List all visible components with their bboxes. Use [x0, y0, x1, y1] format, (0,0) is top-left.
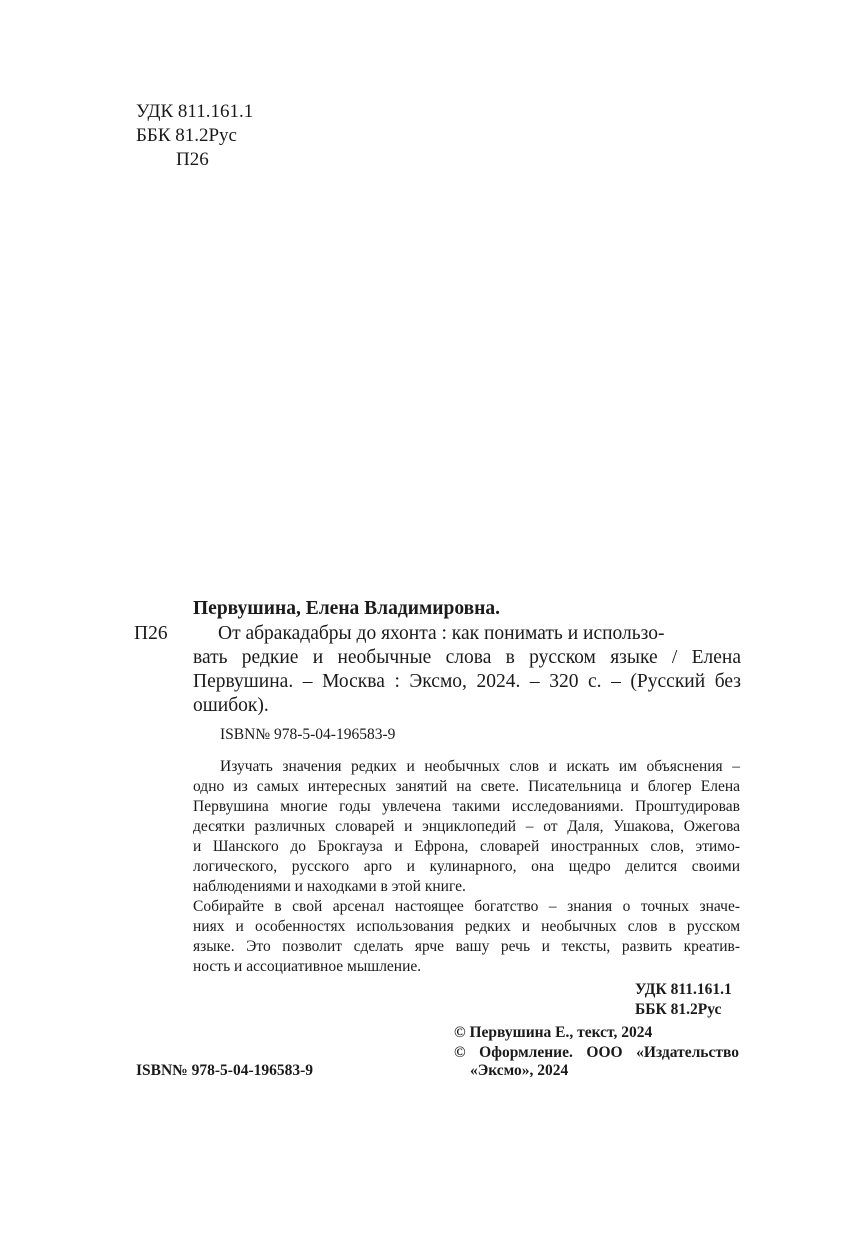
- annotation-line: одно из самых интересных занятий на свет…: [193, 777, 740, 797]
- annotation-line: Собирайте в свой арсенал настоящее богат…: [193, 897, 740, 917]
- author-sign: П26: [176, 148, 209, 171]
- annotation-line: языке. Это позволит сделать ярче вашу ре…: [193, 937, 740, 957]
- annotation-udk: УДК 811.161.1: [635, 980, 732, 1000]
- annotation-line: и Шанского до Брокгауза и Ефрона, словар…: [193, 837, 740, 857]
- annotation-line: Изучать значения редких и необычных слов…: [220, 757, 740, 777]
- annotation-line: Первушина многие годы увлечена такими ис…: [193, 797, 740, 817]
- annotation-bbk: ББК 81.2Рус: [635, 1000, 721, 1020]
- annotation-line: логического, русского арго и кулинарного…: [193, 857, 740, 877]
- annotation-line: ность и ассоциативное мышление.: [193, 957, 421, 977]
- entry-isbn: ISBN№ 978-5-04-196583-9: [220, 725, 395, 745]
- udk-code: УДК 811.161.1: [136, 100, 253, 123]
- annotation-line: наблюдениями и находками в этой книге.: [193, 877, 466, 897]
- title-line-4: ошибок).: [193, 694, 269, 718]
- copyright-author: © Первушина Е., текст, 2024: [454, 1023, 652, 1043]
- copyright-publisher: «Эксмо», 2024: [470, 1061, 568, 1081]
- entry-author-sign: П26: [134, 622, 168, 646]
- title-line-1: От абракадабры до яхонта : как понимать …: [218, 622, 741, 646]
- title-line-3: Первушина. – Москва : Эксмо, 2024. – 320…: [193, 670, 741, 694]
- annotation-line: ниях и особенностях использования редких…: [193, 917, 740, 937]
- annotation-line: десятки различных словарей и энциклопеди…: [193, 817, 740, 837]
- author-name: Первушина, Елена Владимировна.: [193, 597, 500, 621]
- copyright-design: © Оформление. ООО «Издательство: [454, 1043, 739, 1063]
- bbk-code: ББК 81.2Рус: [136, 124, 237, 147]
- title-line-2: вать редкие и необычные слова в русском …: [193, 646, 741, 670]
- footer-isbn: ISBN№ 978-5-04-196583-9: [136, 1061, 313, 1081]
